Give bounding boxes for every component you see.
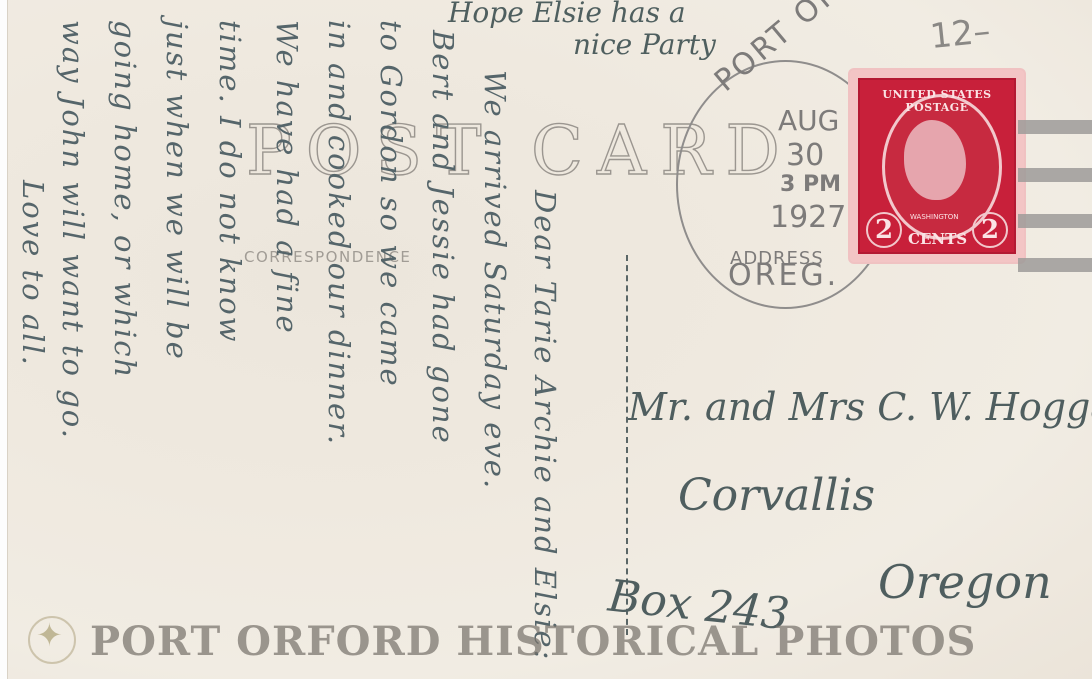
note-top-line2: nice Party [573, 28, 716, 61]
postage-stamp: UNITED STATES POSTAGE WASHINGTON 2 2 CEN… [850, 70, 1024, 262]
note-top-line1: Hope Elsie has a [448, 0, 686, 29]
cancel-bar [1018, 168, 1092, 182]
message-line: to Gordon so we came [374, 20, 408, 388]
stamp-value-right: 2 [972, 212, 1008, 248]
stamp-country: UNITED STATES POSTAGE [860, 88, 1014, 114]
message-line: time. I do not know [213, 20, 247, 343]
postmark-year: 1927 [770, 200, 846, 235]
stamp-unit: CENTS [908, 230, 967, 248]
message-line: just when we will be [160, 20, 194, 361]
message-line: Dear Tarie Archie and Elsie: [528, 190, 562, 661]
message-line: going home, or which [108, 20, 142, 379]
scan-edge [0, 0, 7, 679]
cancel-bar [1018, 214, 1092, 228]
watermark: PORT ORFORD HISTORICAL PHOTOS [90, 618, 976, 665]
postcard: POST CARD CORRESPONDENCE 12– Hope Elsie … [7, 0, 1092, 679]
cancel-bar [1018, 120, 1092, 134]
postmark-day: 30 [786, 138, 824, 173]
stamp-frame: UNITED STATES POSTAGE WASHINGTON 2 2 CEN… [858, 78, 1016, 254]
recipient-name: Mr. and Mrs C. W. Hoggatt [628, 385, 1092, 429]
postmark-time: 3 PM [780, 172, 841, 197]
pencil-price: 12– [928, 11, 992, 57]
message-line: Love to all. [16, 180, 50, 367]
recipient-city: Corvallis [678, 470, 875, 521]
recipient-state: Oregon [878, 555, 1052, 609]
message-line: way John will want to go. [56, 20, 90, 440]
postmark-month: AUG [778, 104, 839, 137]
message-line: in and cooked our dinner. [322, 20, 356, 446]
message-line: We have had a fine [270, 20, 304, 335]
postmark-state: OREG. [728, 258, 839, 293]
stamp-portrait-label: WASHINGTON [910, 213, 959, 221]
cancel-bar [1018, 258, 1092, 272]
message-line: Bert and Jessie had gone [426, 30, 460, 445]
stamp-value-left: 2 [866, 212, 902, 248]
compass-rose-icon [28, 616, 76, 664]
message-line: We arrived Saturday eve. [478, 70, 512, 490]
